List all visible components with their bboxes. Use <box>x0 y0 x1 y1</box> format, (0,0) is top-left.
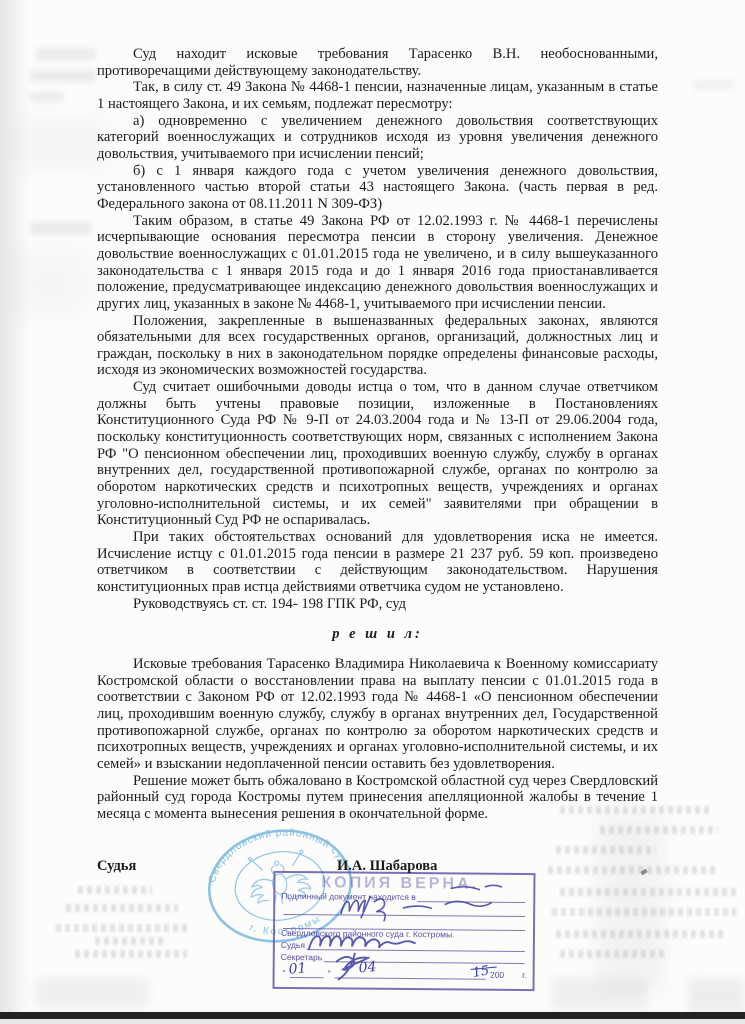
scan-artifact <box>66 904 178 912</box>
handwritten-mark-row1 <box>451 885 501 890</box>
scan-artifact <box>556 930 726 938</box>
scanner-edge-bar <box>0 1012 745 1019</box>
scan-artifact <box>552 978 648 1010</box>
paragraph: Суд считает ошибочными доводы истца о то… <box>97 379 658 529</box>
scan-artifact <box>596 815 666 990</box>
judge-label: Судья <box>97 858 136 874</box>
paragraph: Так, в силу ст. 49 Закона № 4468-1 пенси… <box>97 79 658 112</box>
paragraph: Суд находит исковые требования Тарасенко… <box>97 46 658 79</box>
scan-artifact <box>56 924 188 932</box>
scan-artifact <box>36 978 148 1008</box>
handwritten-date-year: 15 <box>472 963 491 981</box>
judge-signature <box>309 936 415 950</box>
paragraph: Таким образом, в статье 49 Закона РФ от … <box>97 213 658 313</box>
paragraph: При таких обстоятельствах оснований для … <box>97 529 658 596</box>
decision-text-block: Суд находит исковые требования Тарасенко… <box>97 46 658 823</box>
resolution-paragraphs: Исковые требования Тарасенко Владимира Н… <box>97 656 658 823</box>
scan-artifact <box>30 92 64 102</box>
paragraph: а) одновременно с увеличением денежного … <box>97 113 658 163</box>
stamp-handwriting-overlay <box>275 873 534 989</box>
scan-artifact <box>20 118 104 170</box>
scan-artifact <box>560 888 736 896</box>
resolution-heading: р е ш и л: <box>97 626 658 643</box>
scan-artifact <box>36 48 96 60</box>
scan-artifact <box>694 80 734 90</box>
copy-verna-stamp: КОПИЯ ВЕРНА. Подлинный документ находитс… <box>272 871 535 991</box>
scan-artifact <box>14 250 88 314</box>
paragraph: Положения, закрепленные в вышеназванных … <box>97 313 658 380</box>
paragraph: Руководствуясь ст. ст. 194- 198 ГПК РФ, … <box>97 596 658 613</box>
paragraph: Решение может быть обжаловано в Костромс… <box>97 773 658 823</box>
scan-artifact <box>688 978 745 1014</box>
scan-artifact <box>75 950 187 958</box>
scan-artifact <box>95 937 165 945</box>
scan-artifact <box>552 908 736 916</box>
scan-artifact <box>560 950 664 958</box>
scan-artifact <box>78 886 152 894</box>
scan-artifact <box>30 222 92 235</box>
scan-artifact <box>556 846 656 854</box>
handwritten-dash <box>403 901 491 909</box>
reasoning-paragraphs: Суд находит исковые требования Тарасенко… <box>97 46 658 612</box>
paragraph: Исковые требования Тарасенко Владимира Н… <box>97 656 658 773</box>
handwritten-date-day: 01 <box>288 960 307 977</box>
scanner-edge-strip <box>0 1019 745 1024</box>
signature-row: Судья И.А. Шабарова <box>97 858 658 875</box>
scan-artifact <box>600 826 718 834</box>
handwritten-case-number <box>341 896 385 920</box>
judge-name: И.А. Шабарова <box>337 858 437 875</box>
scan-artifact <box>30 70 96 82</box>
handwritten-date-month: 04 <box>358 959 377 976</box>
paragraph: б) с 1 января каждого года с учетом увел… <box>97 163 658 213</box>
scanned-court-document-page: Суд находит исковые требования Тарасенко… <box>0 0 745 1024</box>
